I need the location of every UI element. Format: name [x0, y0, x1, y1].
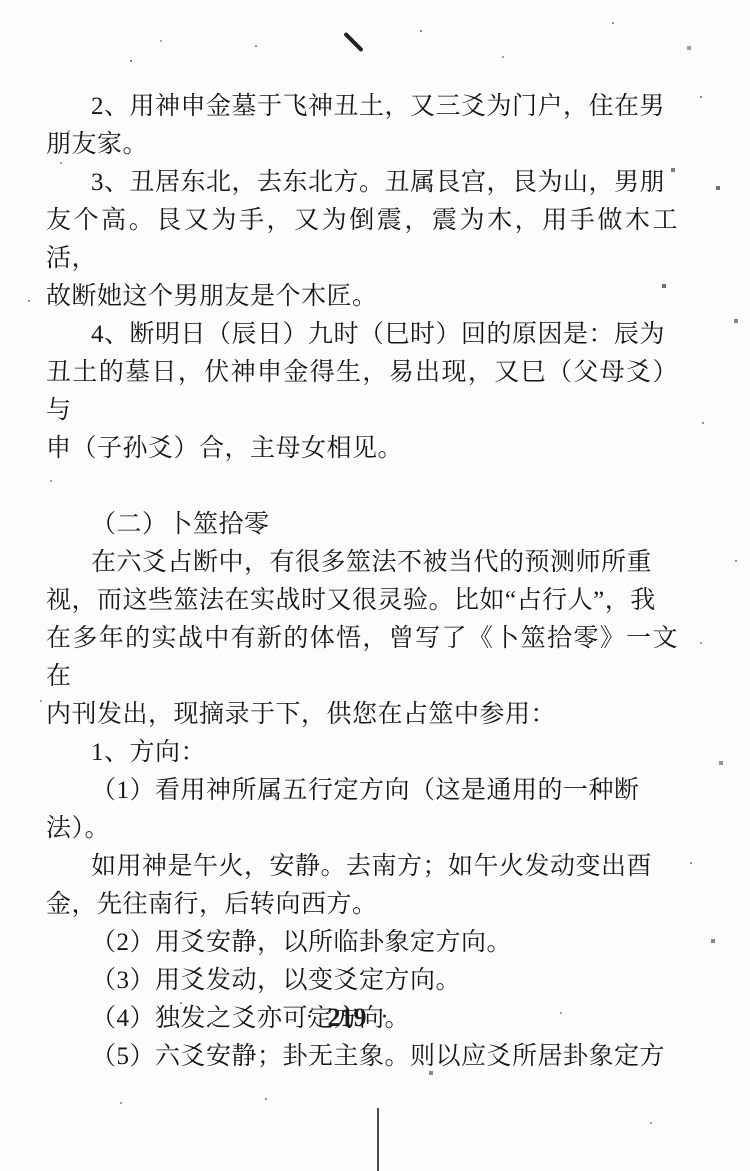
- text-line: [46, 468, 678, 506]
- text-line: 金，先往南行，后转向西方。: [46, 886, 678, 924]
- scanned-book-page: 2、用神申金墓于飞神丑土，又三爻为门户，住在男朋友家。3、丑居东北，去东北方。丑…: [0, 0, 750, 1171]
- text-line: 朋友家。: [46, 126, 678, 164]
- text-line: （二）卜筮拾零: [46, 506, 678, 544]
- footer-right-dot: ·: [367, 1004, 403, 1030]
- text-line: 法）。: [46, 810, 678, 848]
- text-line: 4、断明日（辰日）九时（巳时）回的原因是：辰为: [46, 316, 678, 354]
- text-line: 友个高。艮又为手，又为倒震，震为木，用手做木工活，: [46, 202, 678, 278]
- text-line: （3）用爻发动，以变爻定方向。: [46, 962, 678, 1000]
- page-number: 219: [328, 1003, 367, 1032]
- text-line: 3、丑居东北，去东北方。丑属艮宫，艮为山，男朋: [46, 164, 678, 202]
- scan-fold-line: [377, 1108, 379, 1171]
- scan-smudge-mark: [343, 32, 364, 53]
- page-text-block: 2、用神申金墓于飞神丑土，又三爻为门户，住在男朋友家。3、丑居东北，去东北方。丑…: [46, 88, 678, 1076]
- text-line: 视，而这些筮法在实战时又很灵验。比如“占行人”，我: [46, 582, 678, 620]
- text-line: 内刊发出，现摘录于下，供您在占筮中参用：: [46, 696, 678, 734]
- text-line: 如用神是午火，安静。去南方；如午火发动变出酉: [46, 848, 678, 886]
- text-line: 丑土的墓日，伏神申金得生，易出现，又巳（父母爻）与: [46, 354, 678, 430]
- text-line: 在六爻占断中，有很多筮法不被当代的预测师所重: [46, 544, 678, 582]
- scan-noise-specks: [0, 0, 2, 2]
- page-footer: ·219·: [0, 1003, 722, 1033]
- text-line: 申（子孙爻）合，主母女相见。: [46, 430, 678, 468]
- text-line: 在多年的实战中有新的体悟，曾写了《卜筮拾零》一文在: [46, 620, 678, 696]
- text-line: 1、方向：: [46, 734, 678, 772]
- text-line: 2、用神申金墓于飞神丑土，又三爻为门户，住在男: [46, 88, 678, 126]
- text-line: （1）看用神所属五行定方向（这是通用的一种断: [46, 772, 678, 810]
- text-line: 故断她这个男朋友是个木匠。: [46, 278, 678, 316]
- text-line: （2）用爻安静，以所临卦象定方向。: [46, 924, 678, 962]
- text-line: （5）六爻安静；卦无主象。则以应爻所居卦象定方: [46, 1038, 678, 1076]
- footer-left-dot: ·: [292, 1004, 328, 1030]
